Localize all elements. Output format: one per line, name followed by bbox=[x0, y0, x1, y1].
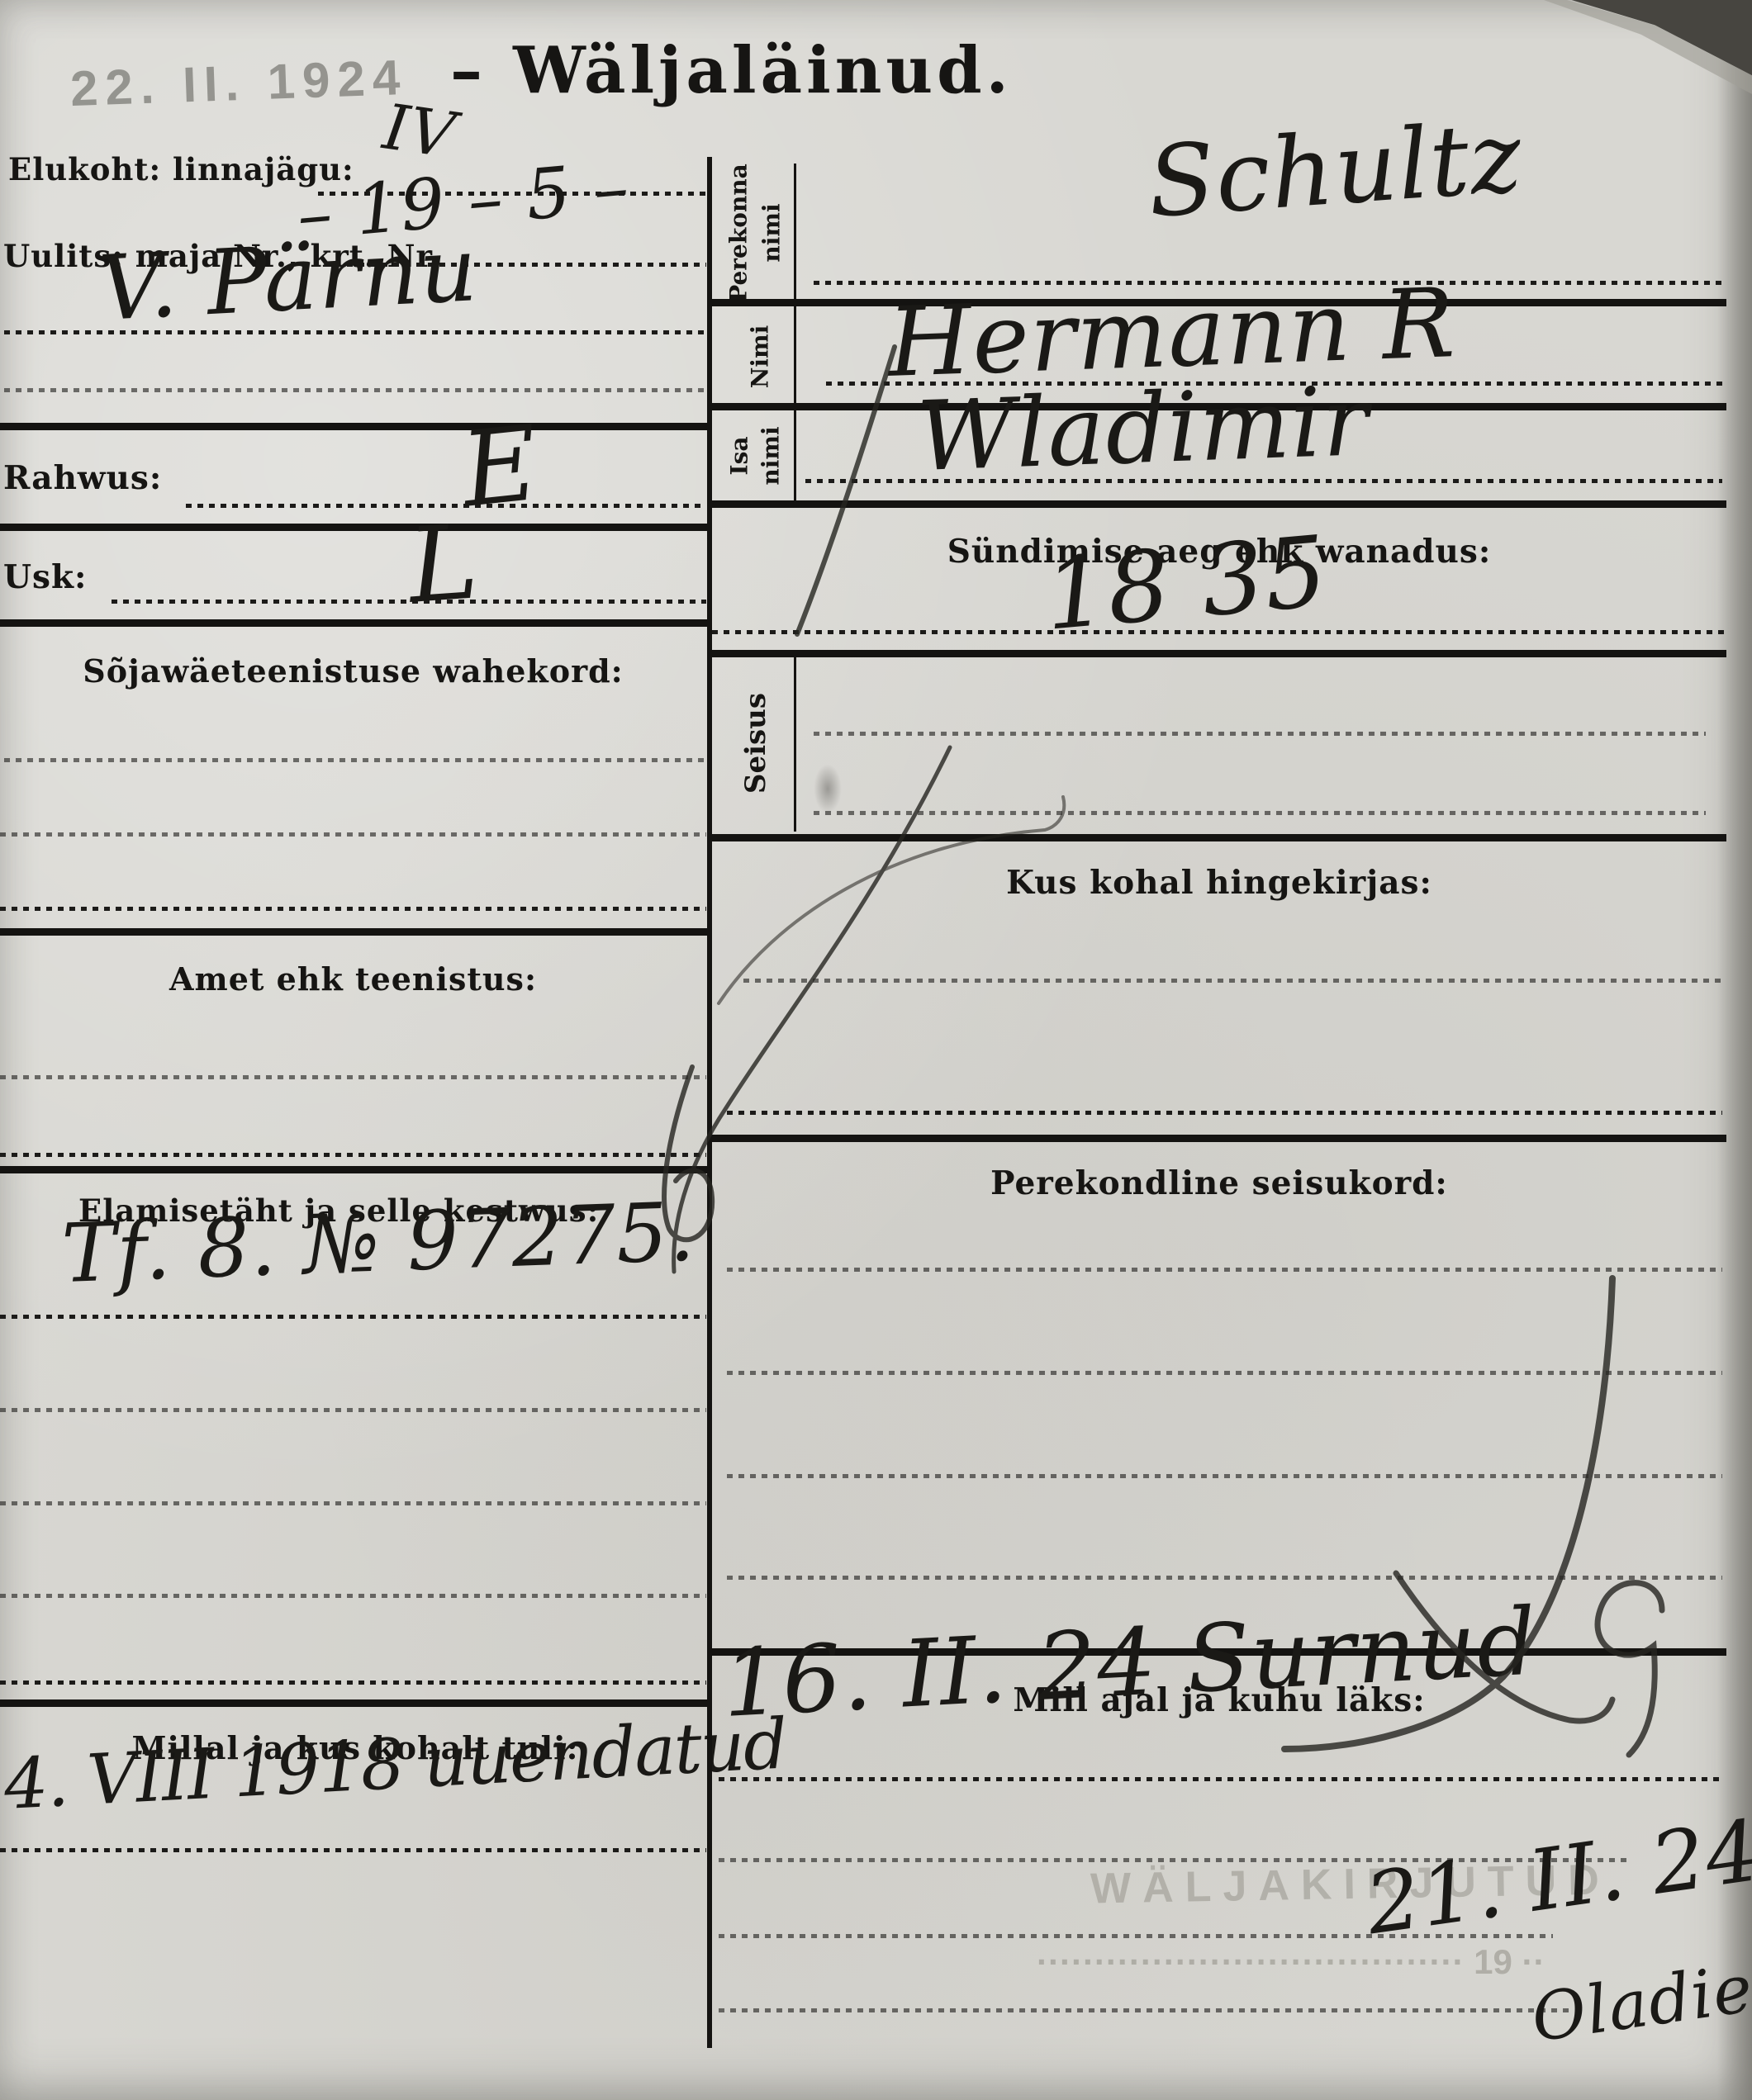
father-name-value-handwritten: Wladimir bbox=[915, 366, 1371, 493]
dotted-line bbox=[0, 1075, 706, 1079]
dotted-line bbox=[727, 1474, 1722, 1478]
section-rule bbox=[0, 928, 709, 936]
dotted-line bbox=[0, 1153, 706, 1157]
dotted-line bbox=[727, 1576, 1722, 1580]
scanned-document: 22. II. 1924 – Wäljaläinud. Elukoht: lin… bbox=[0, 0, 1752, 2100]
religion-value-handwritten: L bbox=[405, 502, 482, 627]
stamp-date-line: ····································· 19… bbox=[1037, 1942, 1545, 1982]
dotted-line bbox=[0, 907, 706, 911]
dotted-line bbox=[0, 1408, 706, 1412]
district-value-handwritten: IV bbox=[379, 89, 460, 172]
section-rule bbox=[0, 619, 709, 627]
dotted-line bbox=[712, 630, 1724, 634]
form-title: – Wäljaläinud. bbox=[450, 33, 1013, 108]
dotted-line bbox=[727, 1371, 1722, 1375]
dotted-line bbox=[743, 979, 1722, 983]
section-rule bbox=[0, 423, 709, 430]
section-rule bbox=[712, 500, 1726, 508]
dotted-line bbox=[719, 2008, 1569, 2012]
status-label-rotated: Seisus bbox=[727, 661, 785, 826]
label-divider-line bbox=[794, 657, 796, 832]
religion-label: Usk: bbox=[3, 558, 87, 596]
section-rule bbox=[0, 524, 709, 531]
dotted-line bbox=[112, 600, 706, 604]
section-rule bbox=[712, 834, 1726, 841]
column-divider bbox=[707, 157, 712, 2048]
ink-smudge bbox=[814, 764, 842, 813]
nationality-label: Rahwus: bbox=[3, 459, 162, 497]
dotted-line bbox=[727, 1268, 1722, 1272]
dotted-line bbox=[0, 832, 706, 837]
dotted-line bbox=[0, 1501, 706, 1505]
first-name-label-rotated: Nimi bbox=[735, 318, 785, 396]
father-name-label-rotated: Isa nimi bbox=[717, 413, 795, 500]
family-status-label: Perekondline seisukord: bbox=[712, 1164, 1726, 1202]
date-received-stamp: 22. II. 1924 bbox=[69, 49, 408, 117]
dotted-line bbox=[814, 811, 1706, 815]
dotted-line bbox=[0, 1315, 706, 1319]
section-rule bbox=[0, 1166, 709, 1173]
registered-at-label: Kus kohal hingekirjas: bbox=[712, 864, 1726, 902]
dotted-line bbox=[719, 1777, 1725, 1781]
dotted-line bbox=[727, 1111, 1722, 1115]
dotted-line bbox=[4, 758, 706, 762]
section-rule bbox=[712, 650, 1726, 657]
dotted-line bbox=[4, 330, 706, 334]
paper-right-edge bbox=[1717, 0, 1752, 2100]
occupation-label: Amet ehk teenistus: bbox=[0, 960, 706, 998]
dotted-line bbox=[0, 1680, 706, 1685]
dotted-line bbox=[814, 732, 1706, 736]
dotted-line bbox=[4, 388, 706, 392]
dotted-line bbox=[0, 1848, 706, 1852]
surname-label-rotated: Perekonna nimi bbox=[717, 165, 795, 301]
military-service-label: Sõjawäeteenistuse wahekord: bbox=[0, 652, 706, 690]
dotted-line bbox=[805, 479, 1722, 483]
dotted-line bbox=[0, 1594, 706, 1598]
section-rule bbox=[712, 1135, 1726, 1142]
section-rule bbox=[0, 1699, 709, 1707]
street-value-handwritten: V. Pärnu bbox=[97, 218, 481, 341]
